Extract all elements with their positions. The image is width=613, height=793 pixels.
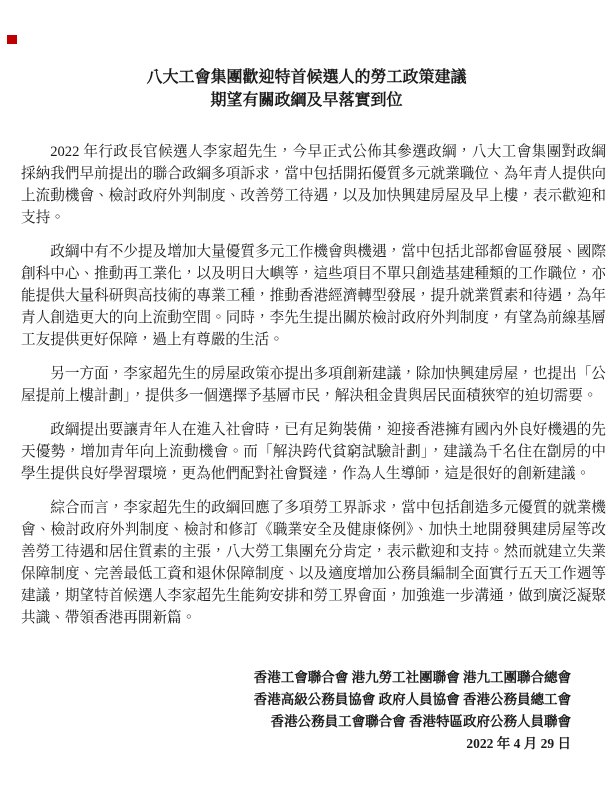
signature-block: 香港工會聯合會 港九勞工社團聯會 港九工團聯合總會 香港高級公務員協會 政府人員… [0, 667, 571, 755]
red-marker [7, 35, 17, 44]
title-line-1: 八大工會集團歡迎特首候選人的勞工政策建議 [0, 66, 613, 89]
document-body: 2022 年行政長官候選人李家超先生，今早正式公佈其參選政綱，八大工會集團對政綱… [21, 141, 606, 629]
paragraph-1: 2022 年行政長官候選人李家超先生，今早正式公佈其參選政綱，八大工會集團對政綱… [21, 141, 606, 229]
signatory-line-1: 香港工會聯合會 港九勞工社團聯會 港九工團聯合總會 [0, 667, 571, 689]
document-date: 2022 年 4 月 29 日 [0, 733, 571, 755]
paragraph-3: 另一方面，李家超先生的房屋政策亦提出多項創新建議，除加快興建房屋，也提出「公屋提… [21, 363, 606, 407]
document-title: 八大工會集團歡迎特首候選人的勞工政策建議 期望有關政綱及早落實到位 [0, 0, 613, 112]
signatory-line-3: 香港公務員工會聯合會 香港特區政府公務人員聯會 [0, 711, 571, 733]
paragraph-4: 政綱提出要讓青年人在進入社會時，已有足夠裝備，迎接香港擁有國內外良好機遇的先天優… [21, 419, 606, 485]
paragraph-5: 綜合而言，李家超先生的政綱回應了多項勞工界訴求，當中包括創造多元優質的就業機會、… [21, 497, 606, 629]
title-line-2: 期望有關政綱及早落實到位 [0, 89, 613, 112]
paragraph-2: 政綱中有不少提及增加大量優質多元工作機會與機遇，當中包括北部都會區發展、國際創科… [21, 241, 606, 351]
signatory-line-2: 香港高級公務員協會 政府人員協會 香港公務員總工會 [0, 689, 571, 711]
document-page: 八大工會集團歡迎特首候選人的勞工政策建議 期望有關政綱及早落實到位 2022 年… [0, 0, 613, 793]
